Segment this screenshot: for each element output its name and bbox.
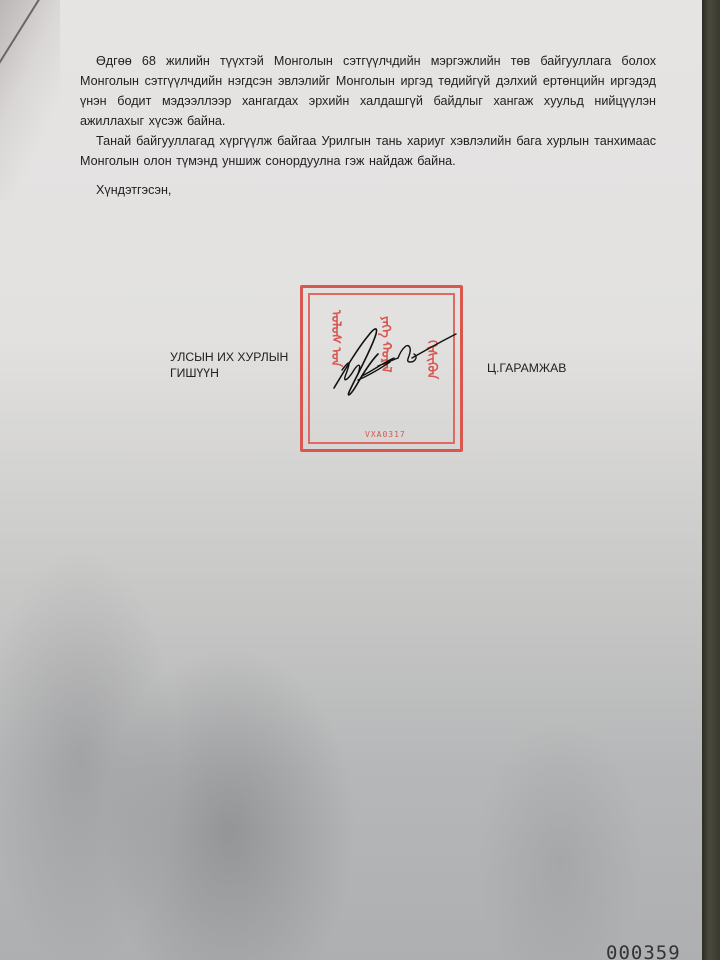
signatory-title-line2: ГИШҮҮН [170,365,288,381]
closing-salutation: Хүндэтгэсэн, [96,183,171,197]
signatory-title-line1: УЛСЫН ИХ ХУРЛЫН [170,349,288,365]
page-serial-number: 000359 [606,942,681,960]
page-fold-edge [0,0,42,73]
paragraph-text: Өдгөө 68 жилийн түүхтэй Монголын сэтгүүл… [80,51,656,131]
signatory-name: Ц.ГАРАМЖАВ [487,361,566,375]
stamp-code: VXA0317 [365,430,406,439]
document-page: Өдгөө 68 жилийн түүхтэй Монголын сэтгүүл… [0,0,708,960]
letter-body-paragraph-2: Танай байгууллагад хүргүүлж байгаа Урилг… [80,131,656,171]
handwritten-signature [328,318,458,408]
page-fold-shadow [0,0,60,200]
paragraph-text: Танай байгууллагад хүргүүлж байгаа Урилг… [80,131,656,171]
letter-body-paragraph-1: Өдгөө 68 жилийн түүхтэй Монголын сэтгүүл… [80,51,656,131]
signatory-title: УЛСЫН ИХ ХУРЛЫН ГИШҮҮН [170,349,288,381]
background-surface [702,0,720,960]
